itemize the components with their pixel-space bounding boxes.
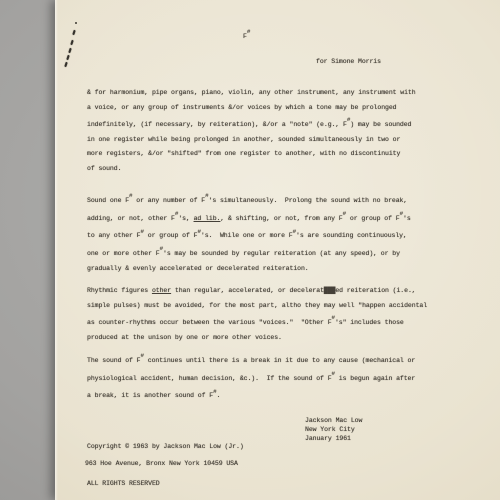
signature-city: New York City [305,425,362,434]
text-line: indefinitely, (if necessary, by reiterat… [87,115,416,133]
text-line: as counter-rhythms occur between the var… [87,313,427,331]
text-line: simple pulses) must be avoided, for the … [87,299,427,314]
text-line: in one register while being prolonged in… [87,133,416,148]
paper-sheet: F# for Simone Morris & for harmonium, pi… [55,0,500,500]
text-line: Sound one F# or any number of F#'s simul… [87,191,411,209]
text-line: Rhythmic figures other than regular, acc… [87,284,427,299]
staple-mark [68,48,71,53]
text-line: a break, it is another sound of F#. [87,386,415,404]
text-line: a voice, or any group of instruments &/o… [87,101,416,116]
paragraph-3: Rhythmic figures other than regular, acc… [87,284,427,345]
staple-mark [75,22,77,24]
staple-mark [70,40,73,45]
text-line: adding, or not, other F#'s, ad lib., & s… [87,209,411,227]
page-title: F# [243,27,250,45]
address-line: 963 Hoe Avenue, Bronx New York 10459 USA [85,457,238,472]
scanned-document-page: { "doc": { "title": "F#", "dedication": … [0,0,500,500]
text-line: The sound of F# continues until there is… [87,351,415,369]
rights-line: ALL RIGHTS RESERVED [87,477,160,492]
paragraph-1: & for harmonium, pipe organs, piano, vio… [87,86,416,176]
text-line: gradually & evenly accelerated or decele… [87,262,411,277]
paragraph-4: The sound of F# continues until there is… [87,351,415,404]
dedication: for Simone Morris [316,55,381,70]
staple-mark [64,62,67,67]
signature-block: Jackson Mac Low New York City January 19… [305,416,362,444]
copyright-line: Copyright © 1963 by Jackson Mac Low (Jr.… [87,440,244,455]
signature-name: Jackson Mac Low [305,416,362,425]
text-line: one or more other F#'s may be sounded by… [87,244,411,262]
text-line: & for harmonium, pipe organs, piano, vio… [87,86,416,101]
text-line: produced at the unison by one or more ot… [87,331,427,346]
text-line: to any other F# or group of F#'s. While … [87,226,411,244]
text-line: of sound. [87,162,416,177]
staple-mark [66,55,69,60]
signature-date: January 1961 [305,434,362,443]
text-line: more registers, &/or "shifted" from one … [87,147,416,162]
text-line: physiological accident, human decision, … [87,369,415,387]
staple-mark [72,30,75,35]
paragraph-2: Sound one F# or any number of F#'s simul… [87,191,411,276]
